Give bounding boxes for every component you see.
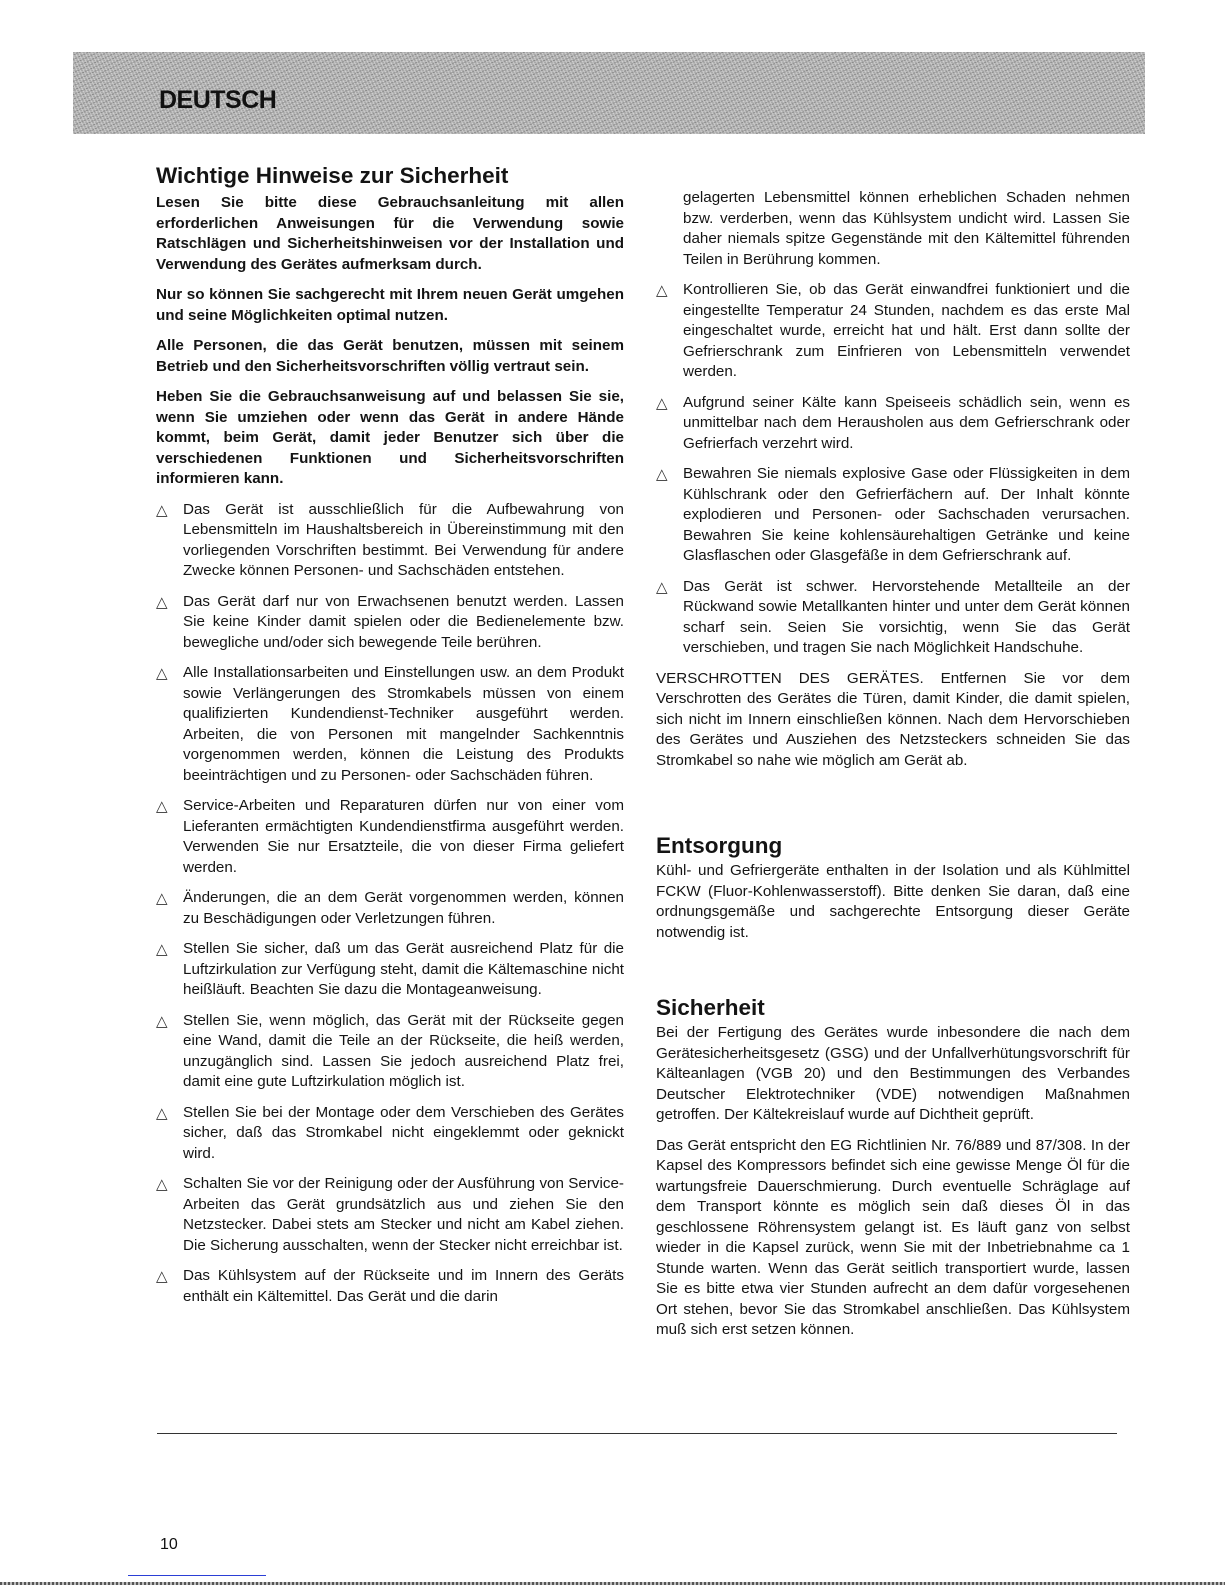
warning-item: △ Schalten Sie vor der Reinigung oder de… — [156, 1174, 624, 1256]
warning-triangle-icon: △ — [156, 1104, 168, 1124]
warning-item: △ Alle Installationsarbeiten und Einstel… — [156, 663, 624, 786]
warning-triangle-icon: △ — [156, 797, 168, 817]
language-banner: DEUTSCH — [73, 52, 1145, 134]
warning-text: Schalten Sie vor der Reinigung oder der … — [183, 1175, 624, 1254]
warning-item: △ Kontrollieren Sie, ob das Gerät einwan… — [656, 280, 1130, 383]
scrapping-paragraph: VERSCHROTTEN DES GERÄTES. Entfernen Sie … — [656, 669, 1130, 772]
intro-paragraph: Lesen Sie bitte diese Gebrauchsanleitung… — [156, 193, 624, 275]
warning-text: Service-Arbeiten und Reparaturen dürfen … — [183, 797, 624, 876]
right-column: gelagerten Lebensmittel können erheblich… — [656, 188, 1130, 1351]
warning-item: △ Aufgrund seiner Kälte kann Speiseeis s… — [656, 393, 1130, 455]
warning-triangle-icon: △ — [156, 1175, 168, 1195]
intro-paragraph: Nur so können Sie sachgerecht mit Ihrem … — [156, 285, 624, 326]
disposal-heading: Entsorgung — [656, 833, 1130, 859]
warning-triangle-icon: △ — [156, 940, 168, 960]
intro-paragraph: Alle Personen, die das Gerät benutzen, m… — [156, 336, 624, 377]
warning-text: gelagerten Lebensmittel können erheblich… — [683, 189, 1130, 268]
safety-paragraph: Das Gerät entspricht den EG Richtlinien … — [656, 1136, 1130, 1341]
warning-item: △ Das Kühlsystem auf der Rückseite und i… — [156, 1266, 624, 1307]
warning-item: △ Bewahren Sie niemals explosive Gase od… — [656, 464, 1130, 567]
warning-item: △ Stellen Sie bei der Montage oder dem V… — [156, 1103, 624, 1165]
warning-triangle-icon: △ — [656, 465, 668, 485]
warning-triangle-icon: △ — [156, 593, 168, 613]
warning-triangle-icon: △ — [156, 889, 168, 909]
language-label: DEUTSCH — [159, 86, 276, 115]
page-link-underline — [128, 1575, 266, 1576]
warning-text: Das Gerät ist ausschließlich für die Auf… — [183, 501, 624, 580]
warning-text: Das Gerät ist schwer. Hervorstehende Met… — [683, 578, 1130, 657]
warning-text: Kontrollieren Sie, ob das Gerät einwandf… — [683, 281, 1130, 380]
warning-text: Alle Installationsarbeiten und Einstellu… — [183, 664, 624, 784]
warning-text: Stellen Sie bei der Montage oder dem Ver… — [183, 1104, 624, 1162]
warning-continuation: gelagerten Lebensmittel können erheblich… — [656, 188, 1130, 270]
warning-text: Stellen Sie sicher, daß um das Gerät aus… — [183, 940, 624, 998]
warning-text: Änderungen, die an dem Gerät vorgenommen… — [183, 889, 624, 927]
warning-item: △ Stellen Sie, wenn möglich, das Gerät m… — [156, 1011, 624, 1093]
left-column: Wichtige Hinweise zur Sicherheit Lesen S… — [156, 163, 624, 1317]
warning-item: △ Das Gerät ist schwer. Hervorstehende M… — [656, 577, 1130, 659]
warning-triangle-icon: △ — [156, 501, 168, 521]
warning-text: Das Kühlsystem auf der Rückseite und im … — [183, 1267, 624, 1305]
safety-heading: Sicherheit — [656, 995, 1130, 1021]
warning-text: Das Gerät darf nur von Erwachsenen benut… — [183, 593, 624, 651]
intro-paragraph: Heben Sie die Gebrauchsanweisung auf und… — [156, 387, 624, 490]
warning-text: Aufgrund seiner Kälte kann Speiseeis sch… — [683, 394, 1130, 452]
warning-item: △ Das Gerät darf nur von Erwachsenen ben… — [156, 592, 624, 654]
warning-item: △ Service-Arbeiten und Reparaturen dürfe… — [156, 796, 624, 878]
warning-triangle-icon: △ — [156, 1012, 168, 1032]
disposal-text: Kühl- und Gefriergeräte enthalten in der… — [656, 861, 1130, 943]
warning-item: △ Änderungen, die an dem Gerät vorgenomm… — [156, 888, 624, 929]
warning-triangle-icon: △ — [156, 1267, 168, 1287]
warning-item: △ Das Gerät ist ausschließlich für die A… — [156, 500, 624, 582]
page-title: Wichtige Hinweise zur Sicherheit — [156, 163, 624, 189]
page-number: 10 — [160, 1536, 178, 1554]
warning-triangle-icon: △ — [656, 578, 668, 598]
warning-triangle-icon: △ — [656, 281, 668, 301]
warning-triangle-icon: △ — [656, 394, 668, 414]
footer-divider — [157, 1433, 1117, 1434]
safety-paragraph: Bei der Fertigung des Gerätes wurde inbe… — [656, 1023, 1130, 1126]
warning-triangle-icon: △ — [156, 664, 168, 684]
warning-text: Stellen Sie, wenn möglich, das Gerät mit… — [183, 1012, 624, 1091]
warning-text: Bewahren Sie niemals explosive Gase oder… — [683, 465, 1130, 564]
warning-item: △ Stellen Sie sicher, daß um das Gerät a… — [156, 939, 624, 1001]
